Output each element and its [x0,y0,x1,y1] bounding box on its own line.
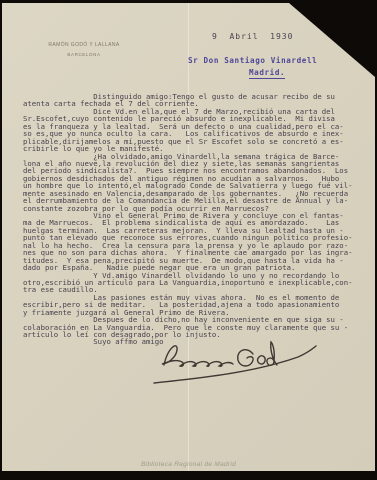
recipient-city: Madrid. [249,68,285,79]
recipient-name: Sr Don Santiago Vinardell [188,56,317,65]
scanned-letter-screenshot: { "document": { "letterhead": { "name": … [0,0,377,480]
letter-body: Distinguido amigo:Tengo el gusto de acus… [23,93,367,346]
letter-paper: RAMÓN GODÓ Y LALLANA BARCELONA 9 Abril 1… [2,3,375,471]
letterhead-city: BARCELONA [42,52,126,57]
letterhead-name: RAMÓN GODÓ Y LALLANA [42,42,126,48]
letter-date: 9 Abril 1930 [212,32,293,41]
signature-handwriting [150,333,325,395]
library-watermark: Biblioteca Regional de Madrid [2,461,375,468]
letterhead: RAMÓN GODÓ Y LALLANA BARCELONA [42,42,126,57]
signature-ink-strokes [150,333,325,395]
